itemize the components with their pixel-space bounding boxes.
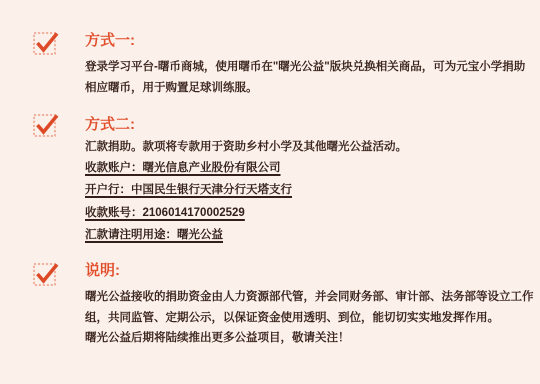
section-method-2: 方式二: 汇款捐助。款项将专款用于资助乡村小学及其他曙光公益活动。 收款账户：曙…	[33, 113, 533, 248]
payment-detail-account-number: 收款账号：2106014170002529	[85, 203, 533, 224]
checkbox-checked-icon	[33, 30, 59, 56]
payment-detail-bank: 开户行：中国民生银行天津分行天塔支行	[85, 180, 533, 201]
donation-notice-page: { "page": { "background_color": "#fcf0ea…	[0, 0, 540, 384]
checkbox-checked-icon	[33, 112, 59, 138]
body-line: 相应曙币，用于购置足球训练服。	[85, 78, 533, 99]
body-line: 组，共同监管、定期公示，以保证资金使用透明、到位，能切切实实地发挥作用。	[85, 308, 533, 329]
body-line: 登录学习平台-曙币商城，使用曙币在"曙光公益"版块兑换相关商品，可为元宝小学捐助	[85, 57, 533, 78]
body-line: 曙光公益后期将陆续推出更多公益项目，敬请关注！	[85, 328, 533, 349]
section-notes: 说明: 曙光公益接收的捐助资金由人力资源部代管，并会同财务部、审计部、法务部等设…	[33, 259, 533, 349]
section-heading: 说明:	[85, 259, 533, 279]
section-method-1: 方式一: 登录学习平台-曙币商城，使用曙币在"曙光公益"版块兑换相关商品，可为元…	[33, 29, 533, 98]
body-line: 曙光公益接收的捐助资金由人力资源部代管，并会同财务部、审计部、法务部等设立工作	[85, 287, 533, 308]
payment-detail-account-name: 收款账户：曙光信息产业股份有限公司	[85, 158, 533, 179]
body-line: 汇款捐助。款项将专款用于资助乡村小学及其他曙光公益活动。	[85, 137, 533, 158]
section-heading: 方式一:	[85, 29, 533, 49]
checkbox-checked-icon	[33, 261, 59, 287]
payment-detail-purpose: 汇款请注明用途：曙光公益	[85, 225, 533, 246]
section-heading: 方式二:	[85, 113, 533, 133]
